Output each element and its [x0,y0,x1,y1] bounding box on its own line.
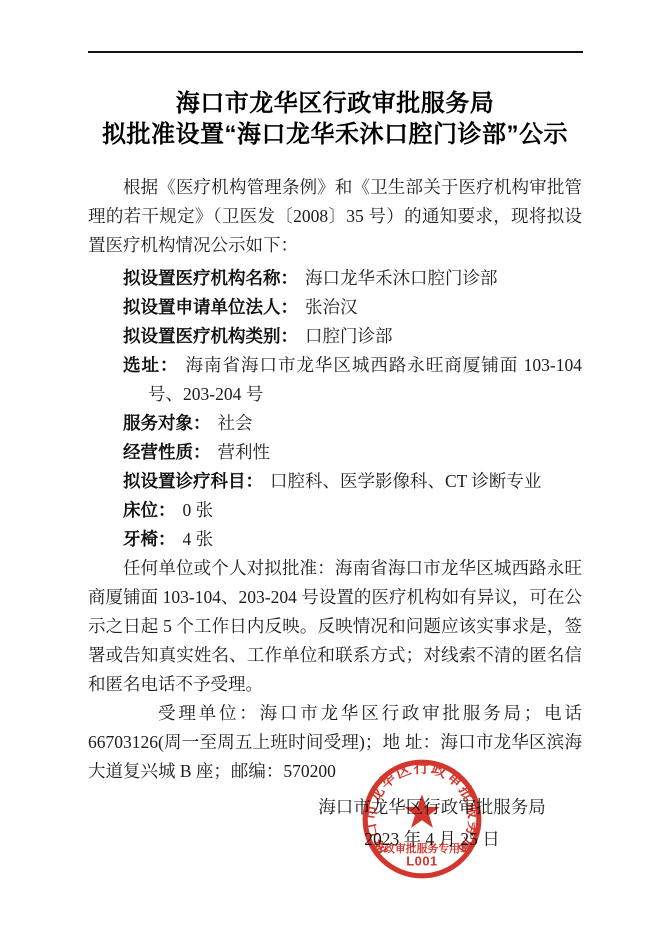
field-value: 海口龙华禾沐口腔门诊部 [305,268,498,288]
field-row-business-nature: 经营性质：营利性 [88,438,582,467]
field-row-org-name: 拟设置医疗机构名称：海口龙华禾沐口腔门诊部 [88,264,582,293]
field-row-legal-person: 拟设置申请单位法人：张治汉 [88,293,582,322]
fields-list: 拟设置医疗机构名称：海口龙华禾沐口腔门诊部 拟设置申请单位法人：张治汉 拟设置医… [88,264,582,554]
field-label: 拟设置诊疗科目： [123,471,263,491]
field-value: 4 张 [183,529,214,549]
field-label: 选址： [123,355,178,375]
field-label: 床位： [123,500,176,520]
field-label: 经营性质： [123,442,211,462]
field-label: 拟设置申请单位法人： [123,297,298,317]
official-seal: 海口市龙华区行政审批服务局 行政审批服务专用章 L001 [360,757,484,881]
field-row-dental-chairs: 牙椅：4 张 [88,525,582,554]
acceptance-paragraph: 受理单位：海口市龙华区行政审批服务局；电话 66703126(周一至周五上班时间… [88,699,582,786]
field-row-address: 选址：海南省海口市龙华区城西路永旺商厦铺面 103-104 号、203-204 … [88,351,582,409]
intro-paragraph: 根据《医疗机构管理条例》和《卫生部关于医疗机构审批管理的若干规定》（卫医发〔20… [88,173,582,260]
field-value: 0 张 [183,500,214,520]
field-value: 张治汉 [305,297,358,317]
field-label: 服务对象： [123,413,211,433]
field-value: 营利性 [218,442,271,462]
field-label: 牙椅： [123,529,176,549]
field-label: 拟设置医疗机构类别： [123,326,298,346]
field-value: 口腔科、医学影像科、CT 诊断专业 [270,471,541,491]
field-row-beds: 床位：0 张 [88,496,582,525]
document-page: 海口市龙华区行政审批服务局 拟批准设置“海口龙华禾沐口腔门诊部”公示 根据《医疗… [0,0,662,936]
field-value: 口腔门诊部 [305,326,393,346]
field-row-org-category: 拟设置医疗机构类别：口腔门诊部 [88,322,582,351]
title-line-2: 拟批准设置“海口龙华禾沐口腔门诊部”公示 [88,119,582,150]
document-body: 海口市龙华区行政审批服务局 拟批准设置“海口龙华禾沐口腔门诊部”公示 根据《医疗… [88,0,582,786]
objection-paragraph: 任何单位或个人对拟批准：海南省海口市龙华区城西路永旺商厦铺面 103-104、2… [88,554,582,699]
title-line-1: 海口市龙华区行政审批服务局 [88,88,582,119]
field-value: 海南省海口市龙华区城西路永旺商厦铺面 103-104 号、203-204 号 [148,355,582,404]
seal-star-icon [404,794,439,828]
field-row-medical-subjects: 拟设置诊疗科目：口腔科、医学影像科、CT 诊断专业 [88,467,582,496]
field-value: 社会 [218,413,253,433]
field-row-service-target: 服务对象：社会 [88,409,582,438]
seal-code: L001 [406,854,437,869]
field-label: 拟设置医疗机构名称： [123,268,298,288]
document-title: 海口市龙华区行政审批服务局 拟批准设置“海口龙华禾沐口腔门诊部”公示 [88,88,582,150]
